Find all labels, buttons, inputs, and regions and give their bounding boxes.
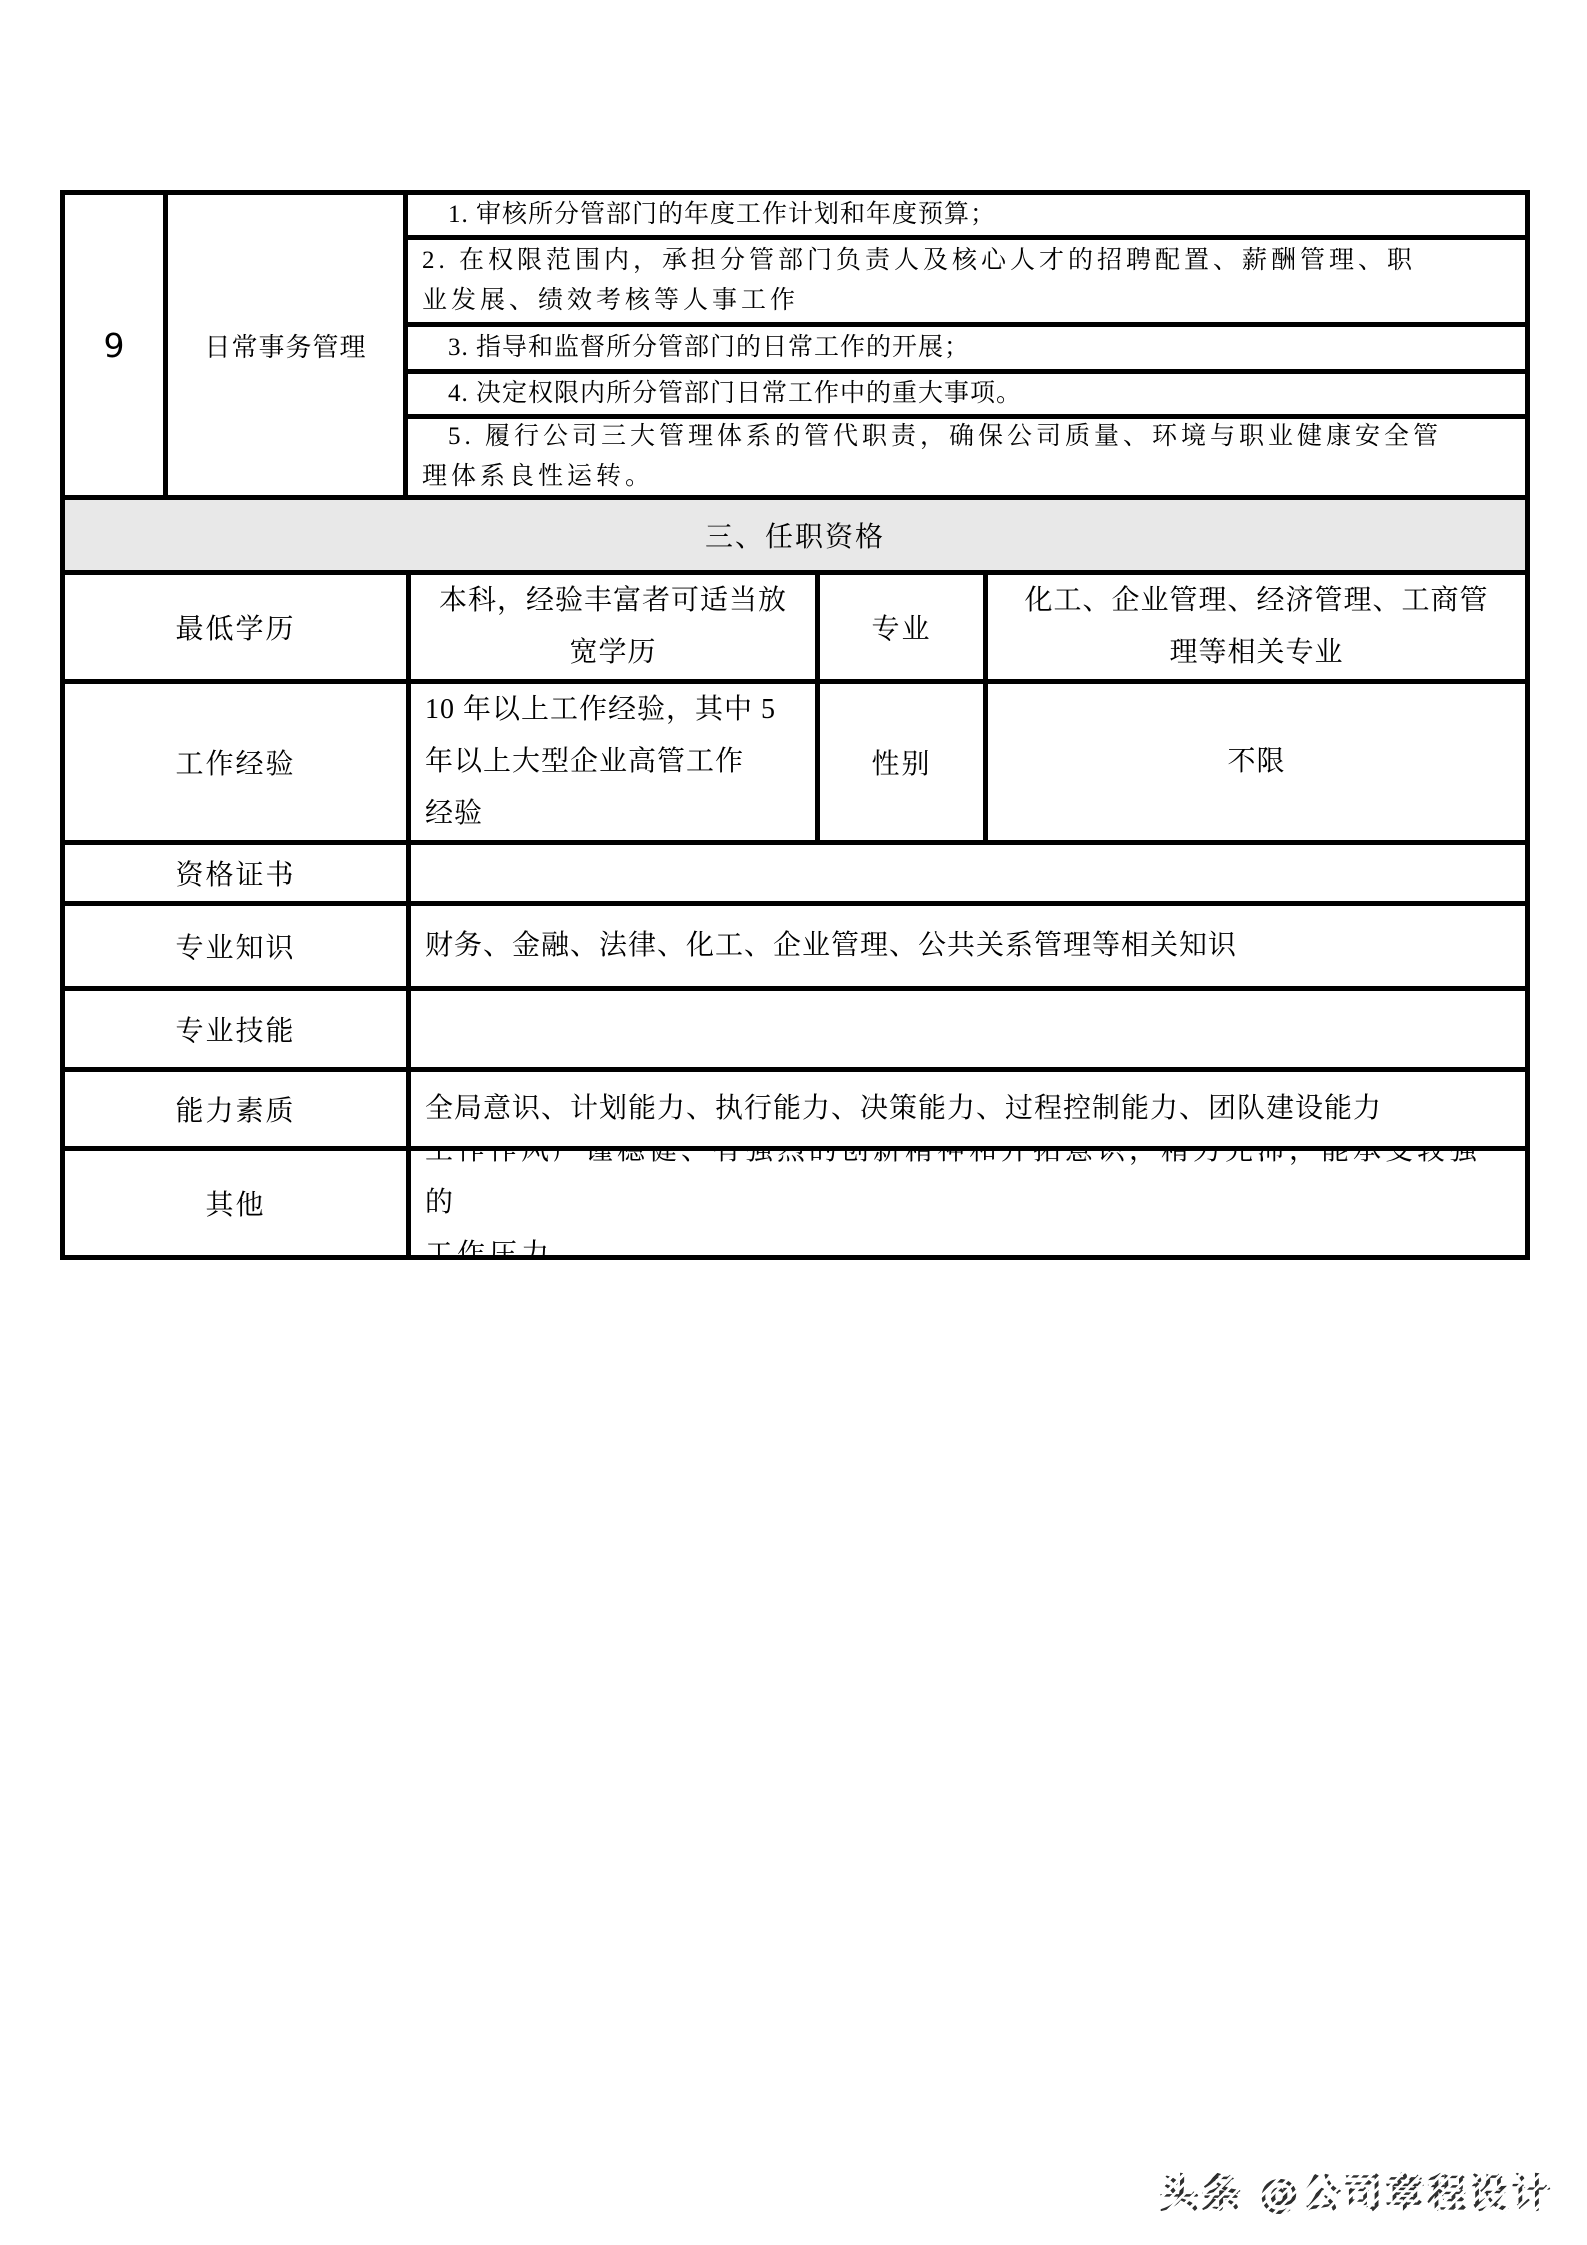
watermark-text: 头条 @公司章程设计 <box>1159 2162 1553 2219</box>
duty-section: 9 日常事务管理 1. 审核所分管部门的年度工作计划和年度预算； 2. 在权限范… <box>65 195 1525 495</box>
duty-item-1-text: 1. 审核所分管部门的年度工作计划和年度预算； <box>408 195 1525 235</box>
duty-item-5: 5. 履行公司三大管理体系的管代职责，确保公司质量、环境与职业健康安全管理体系良… <box>408 419 1525 495</box>
label-skills: 专业技能 <box>65 991 406 1067</box>
value-knowledge: 财务、金融、法律、化工、企业管理、公共关系管理等相关知识 <box>411 906 1525 986</box>
duty-item-2: 2. 在权限范围内，承担分管部门负责人及核心人才的招聘配置、薪酬管理、职业发展、… <box>408 240 1525 322</box>
value-experience-text: 10 年以上工作经验，其中 5年以上大型企业高管工作经验 <box>411 684 815 840</box>
duty-item-5-text: 5. 履行公司三大管理体系的管代职责，确保公司质量、环境与职业健康安全管理体系良… <box>408 419 1525 495</box>
value-min-education-text: 本科，经验丰富者可适当放宽学历 <box>411 575 815 679</box>
value-certificate <box>411 845 1525 901</box>
value-gender-text: 不限 <box>988 736 1525 788</box>
label-experience: 工作经验 <box>65 684 406 840</box>
value-experience: 10 年以上工作经验，其中 5年以上大型企业高管工作经验 <box>411 684 815 840</box>
duty-item-4-text: 4. 决定权限内所分管部门日常工作中的重大事项。 <box>408 374 1525 414</box>
duty-item-3: 3. 指导和监督所分管部门的日常工作的开展； <box>408 327 1525 369</box>
label-knowledge: 专业知识 <box>65 906 406 986</box>
duty-item-1: 1. 审核所分管部门的年度工作计划和年度预算； <box>408 195 1525 235</box>
value-knowledge-text: 财务、金融、法律、化工、企业管理、公共关系管理等相关知识 <box>411 920 1525 972</box>
duty-item-4: 4. 决定权限内所分管部门日常工作中的重大事项。 <box>408 374 1525 414</box>
page: 9 日常事务管理 1. 审核所分管部门的年度工作计划和年度预算； 2. 在权限范… <box>0 0 1587 2245</box>
label-gender: 性别 <box>820 684 983 840</box>
value-skills <box>411 991 1525 1067</box>
label-competency: 能力素质 <box>65 1072 406 1146</box>
duty-item-3-text: 3. 指导和监督所分管部门的日常工作的开展； <box>408 328 1525 368</box>
value-major: 化工、企业管理、经济管理、工商管理等相关专业 <box>988 575 1525 679</box>
duty-row-number: 9 <box>65 195 163 495</box>
label-other: 其他 <box>65 1151 406 1255</box>
duty-name-text: 日常事务管理 <box>204 327 366 364</box>
section-header: 三、任职资格 <box>65 500 1525 570</box>
value-competency-text: 全局意识、计划能力、执行能力、决策能力、过程控制能力、团队建设能力 <box>411 1083 1525 1135</box>
label-min-education: 最低学历 <box>65 575 406 679</box>
label-major: 专业 <box>820 575 983 679</box>
job-description-table: 9 日常事务管理 1. 审核所分管部门的年度工作计划和年度预算； 2. 在权限范… <box>60 190 1530 1260</box>
duty-row-number-text: 9 <box>104 326 125 365</box>
value-gender: 不限 <box>988 684 1525 840</box>
value-competency: 全局意识、计划能力、执行能力、决策能力、过程控制能力、团队建设能力 <box>411 1072 1525 1146</box>
duty-item-2-text: 2. 在权限范围内，承担分管部门负责人及核心人才的招聘配置、薪酬管理、职业发展、… <box>408 241 1525 321</box>
value-min-education: 本科，经验丰富者可适当放宽学历 <box>411 575 815 679</box>
value-other-text: 工作作风严谨稳健、有强烈的创新精神和开拓意识，精力充沛，能承受较强的工作压力 <box>411 1151 1525 1255</box>
value-other: 工作作风严谨稳健、有强烈的创新精神和开拓意识，精力充沛，能承受较强的工作压力 <box>411 1151 1525 1255</box>
label-certificate: 资格证书 <box>65 845 406 901</box>
value-major-text: 化工、企业管理、经济管理、工商管理等相关专业 <box>988 575 1525 679</box>
qualification-section: 最低学历 本科，经验丰富者可适当放宽学历 专业 化工、企业管理、经济管理、工商管… <box>65 575 1525 1255</box>
duty-name: 日常事务管理 <box>168 195 403 495</box>
